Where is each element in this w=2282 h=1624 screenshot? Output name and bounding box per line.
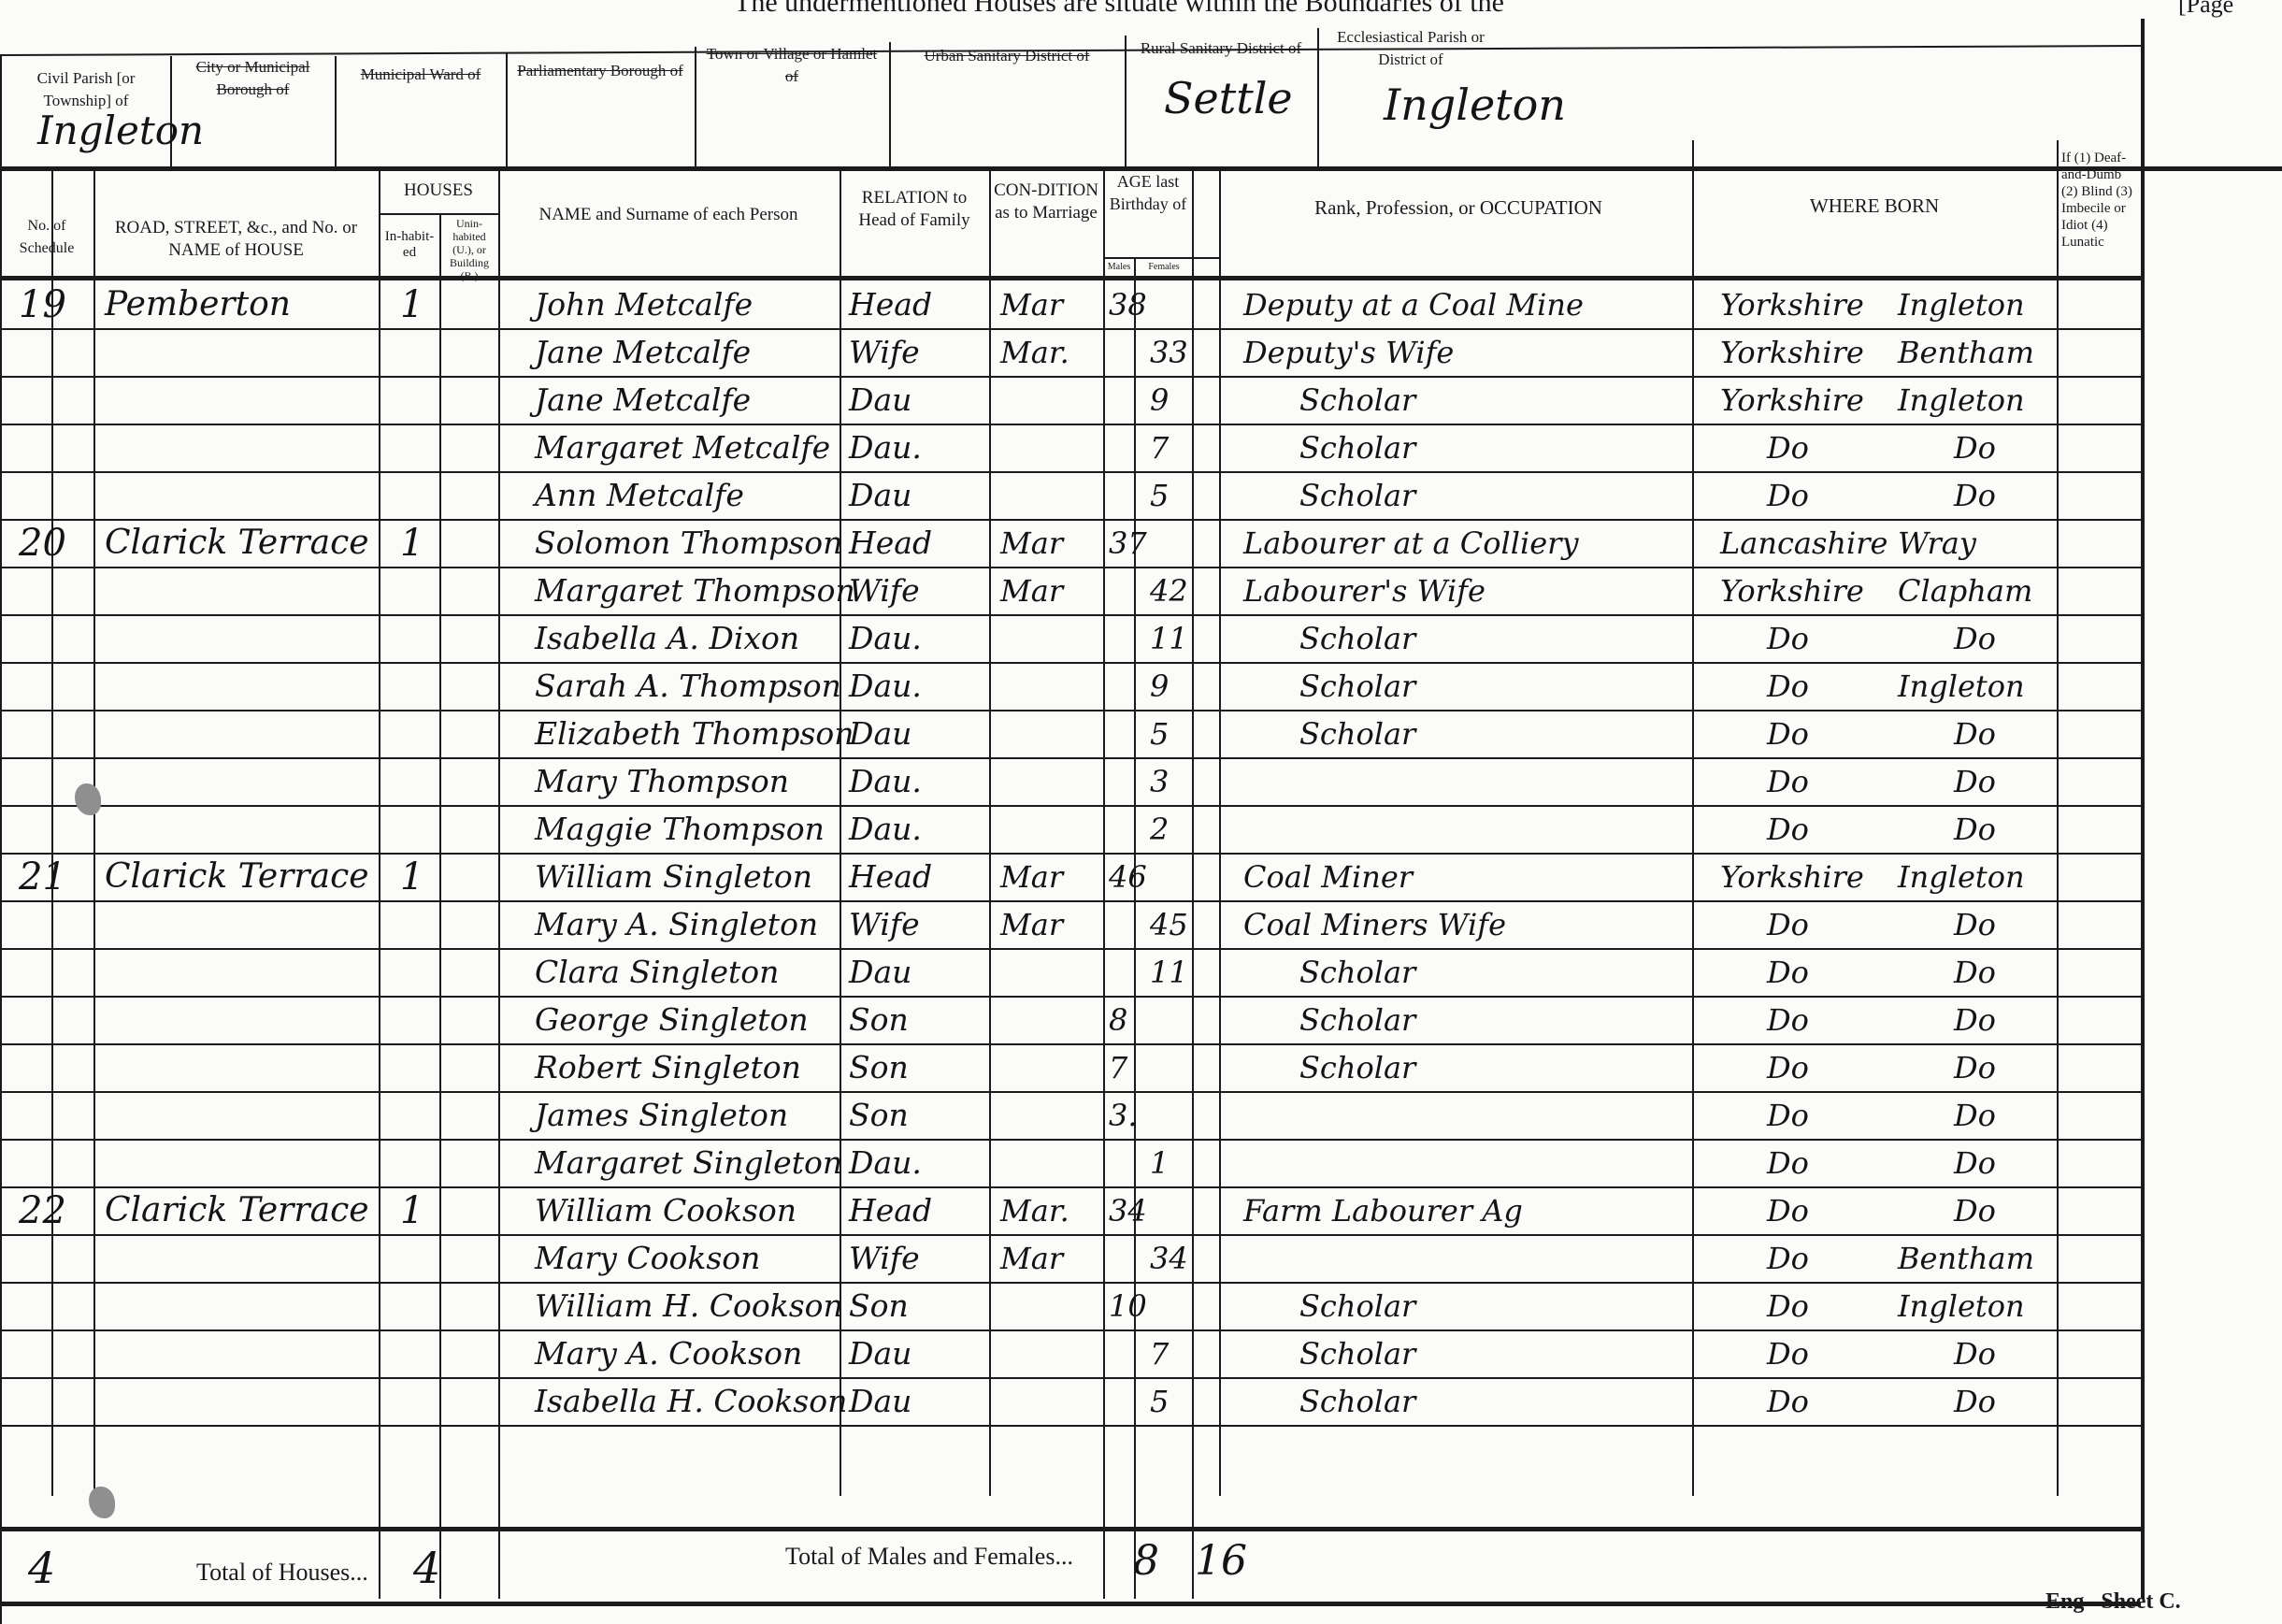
row-rule [0, 1234, 2141, 1236]
cell-born-place: Do [1954, 711, 1996, 756]
cell-born-place: Do [1954, 950, 1996, 995]
cell-born-county: Do [1767, 950, 1809, 995]
cell-name: Margaret Singleton [535, 1141, 842, 1186]
cell-born-county: Yorkshire [1720, 568, 1864, 613]
cell-occupation: Scholar [1299, 473, 1415, 518]
cell-condition: Mar [1000, 568, 1063, 613]
cell-female-age: 5 [1150, 473, 1169, 518]
cell-name: George Singleton [535, 998, 809, 1042]
cell-name: Mary Thompson [535, 759, 789, 804]
cell-name: Elizabeth Thompson [535, 711, 854, 756]
cell-relation: Head [849, 1188, 932, 1233]
cell-relation: Dau. [849, 807, 922, 852]
row-rule [0, 948, 2141, 950]
cell-name: John Metcalfe [535, 282, 753, 327]
cell-male-age: 3. [1109, 1093, 1138, 1138]
cell-road: Clarick Terrace [105, 521, 369, 566]
cell-schedule: 19 [19, 282, 66, 327]
cell-schedule: 21 [19, 855, 66, 899]
cell-condition: Mar [1000, 1236, 1063, 1281]
cell-male-age: 46 [1109, 855, 1147, 899]
total-persons-label: Total of Males and Females... [785, 1543, 1073, 1571]
sheet-label: Eng– Sheet C. [2045, 1589, 2181, 1615]
cell-male-age: 38 [1109, 282, 1147, 327]
cell-born-place: Do [1954, 473, 1996, 518]
cell-born-county: Do [1767, 473, 1809, 518]
cell-relation: Wife [849, 902, 920, 947]
cell-female-age: 7 [1150, 1331, 1169, 1376]
urban-sanitary-label: Urban Sanitary District of [894, 45, 1120, 67]
cell-name: Margaret Metcalfe [535, 425, 830, 470]
rural-sanitary-label: Rural Sanitary District of [1129, 37, 1313, 60]
cell-relation: Wife [849, 1236, 920, 1281]
cell-name: Robert Singleton [535, 1045, 801, 1090]
cell-name: Solomon Thompson [535, 521, 842, 566]
cell-condition: Mar [1000, 902, 1063, 947]
cell-relation: Dau [849, 473, 911, 518]
total-houses-value: 4 [413, 1543, 440, 1593]
ink-blot [75, 783, 101, 815]
cell-occupation: Scholar [1299, 711, 1415, 756]
cell-male-age: 37 [1109, 521, 1147, 566]
cell-born-place: Ingleton [1898, 282, 2025, 327]
row-rule [0, 662, 2141, 664]
cell-name: William Cookson [535, 1188, 797, 1233]
cell-occupation: Scholar [1299, 1284, 1415, 1329]
cell-born-place: Do [1954, 807, 1996, 852]
cell-relation: Wife [849, 568, 920, 613]
page-title: The undermentioned Houses are situate wi… [734, 0, 1504, 19]
cell-name: Margaret Thompson [535, 568, 855, 613]
cell-born-county: Do [1767, 1141, 1809, 1186]
row-rule [0, 1139, 2141, 1141]
cell-name: Mary A. Singleton [535, 902, 818, 947]
cell-inhabited: 1 [400, 521, 423, 566]
cell-born-place: Do [1954, 425, 1996, 470]
ecclesiastical-parish-label: Ecclesiastical Parish or District of [1322, 26, 1500, 71]
cell-relation: Dau [849, 1379, 911, 1424]
cell-female-age: 5 [1150, 1379, 1169, 1424]
cell-born-county: Do [1767, 1045, 1809, 1090]
cell-relation: Head [849, 521, 932, 566]
cell-relation: Dau [849, 1331, 911, 1376]
row-rule [0, 614, 2141, 616]
cell-name: Jane Metcalfe [535, 330, 751, 375]
cell-relation: Dau [849, 711, 911, 756]
col-occupation: Rank, Profession, or OCCUPATION [1225, 196, 1692, 219]
col-houses: HOUSES [379, 180, 498, 202]
cell-name: Maggie Thompson [535, 807, 825, 852]
cell-born-place: Ingleton [1898, 664, 2025, 709]
cell-born-place: Do [1954, 759, 1996, 804]
cell-inhabited: 1 [400, 1188, 423, 1233]
cell-occupation: Scholar [1299, 998, 1415, 1042]
cell-born-county: Do [1767, 807, 1809, 852]
cell-name: Mary A. Cookson [535, 1331, 802, 1376]
cell-relation: Dau. [849, 664, 922, 709]
cell-name: William Singleton [535, 855, 812, 899]
cell-born-county: Do [1767, 1093, 1809, 1138]
cell-relation: Son [849, 1045, 909, 1090]
cell-schedule: 22 [19, 1188, 66, 1233]
cell-born-place: Do [1954, 1141, 1996, 1186]
cell-road: Pemberton [105, 282, 291, 327]
cell-female-age: 34 [1150, 1236, 1188, 1281]
cell-born-county: Do [1767, 1379, 1809, 1424]
cell-name: William H. Cookson [535, 1284, 843, 1329]
civil-parish-label: Civil Parish [or Township] of [4, 67, 168, 112]
cell-female-age: 5 [1150, 711, 1169, 756]
cell-relation: Dau. [849, 759, 922, 804]
cell-relation: Dau. [849, 1141, 922, 1186]
cell-male-age: 7 [1109, 1045, 1127, 1090]
cell-born-county: Do [1767, 425, 1809, 470]
ink-blot [89, 1487, 115, 1518]
col-females: Females [1136, 262, 1192, 273]
municipal-ward-label: Municipal Ward of [340, 64, 501, 86]
row-rule [0, 710, 2141, 711]
cell-condition: Mar. [1000, 330, 1069, 375]
cell-female-age: 42 [1150, 568, 1188, 613]
cell-born-place: Wray [1898, 521, 1976, 566]
cell-born-place: Ingleton [1898, 1284, 2025, 1329]
cell-relation: Head [849, 282, 932, 327]
cell-born-county: Do [1767, 1236, 1809, 1281]
cell-occupation: Scholar [1299, 616, 1415, 661]
cell-relation: Dau [849, 950, 911, 995]
cell-born-county: Do [1767, 902, 1809, 947]
cell-relation: Son [849, 998, 909, 1042]
row-rule [0, 1091, 2141, 1093]
row-rule [0, 1377, 2141, 1379]
cell-born-place: Do [1954, 1045, 1996, 1090]
cell-occupation: Scholar [1299, 664, 1415, 709]
cell-occupation: Deputy at a Coal Mine [1243, 282, 1584, 327]
cell-relation: Dau [849, 378, 911, 423]
col-age: AGE last Birthday of [1105, 170, 1191, 215]
cell-born-county: Do [1767, 664, 1809, 709]
cell-condition: Mar [1000, 521, 1063, 566]
cell-condition: Mar [1000, 855, 1063, 899]
cell-female-age: 2 [1150, 807, 1169, 852]
cell-born-county: Lancashire [1720, 521, 1887, 566]
cell-born-county: Do [1767, 711, 1809, 756]
col-where-born: WHERE BORN [1692, 194, 2057, 217]
ecclesiastical-parish-value: Ingleton [1384, 79, 1566, 130]
cell-occupation: Coal Miner [1243, 855, 1413, 899]
row-rule [0, 757, 2141, 759]
town-village-label: Town or Village or Hamlet of [699, 43, 884, 88]
row-rule [0, 424, 2141, 425]
rural-sanitary-value: Settle [1164, 73, 1293, 123]
col-infirmity: If (1) Deaf-and-Dumb (2) Blind (3) Imbec… [2061, 150, 2141, 251]
cell-occupation: Labourer's Wife [1243, 568, 1485, 613]
row-rule [0, 1043, 2141, 1045]
row-rule [0, 1425, 2141, 1427]
row-rule [0, 1329, 2141, 1331]
cell-occupation: Deputy's Wife [1243, 330, 1454, 375]
cell-female-age: 11 [1150, 616, 1188, 661]
cell-born-county: Do [1767, 1188, 1809, 1233]
cell-male-age: 8 [1109, 998, 1127, 1042]
cell-born-county: Yorkshire [1720, 330, 1864, 375]
cell-occupation: Farm Labourer Ag [1243, 1188, 1523, 1233]
col-schedule: No. of Schedule [0, 215, 93, 260]
cell-female-age: 9 [1150, 378, 1169, 423]
total-males: 8 [1133, 1537, 1159, 1585]
cell-occupation: Scholar [1299, 1045, 1415, 1090]
cell-occupation: Scholar [1299, 950, 1415, 995]
cell-born-county: Do [1767, 998, 1809, 1042]
cell-female-age: 45 [1150, 902, 1188, 947]
cell-born-county: Do [1767, 1331, 1809, 1376]
cell-schedule: 20 [19, 521, 66, 566]
cell-born-place: Do [1954, 1188, 1996, 1233]
cell-name: Sarah A. Thompson [535, 664, 841, 709]
cell-born-place: Clapham [1898, 568, 2032, 613]
cell-female-age: 3 [1150, 759, 1169, 804]
cell-born-county: Do [1767, 1284, 1809, 1329]
cell-born-place: Do [1954, 1093, 1996, 1138]
cell-occupation: Coal Miners Wife [1243, 902, 1506, 947]
cell-name: Isabella H. Cookson [535, 1379, 847, 1424]
cell-condition: Mar. [1000, 1188, 1069, 1233]
cell-female-age: 11 [1150, 950, 1188, 995]
cell-relation: Dau. [849, 616, 922, 661]
col-inhabited: In-habit-ed [381, 229, 438, 261]
cell-born-county: Yorkshire [1720, 855, 1864, 899]
cell-name: Mary Cookson [535, 1236, 760, 1281]
cell-born-county: Do [1767, 616, 1809, 661]
cell-born-place: Bentham [1898, 1236, 2034, 1281]
cell-name: Ann Metcalfe [535, 473, 744, 518]
cell-relation: Son [849, 1093, 909, 1138]
col-condition: CON-DITION as to Marriage [991, 180, 1101, 224]
cell-name: Isabella A. Dixon [535, 616, 799, 661]
cell-female-age: 1 [1150, 1141, 1169, 1186]
cell-occupation: Scholar [1299, 1331, 1415, 1376]
row-rule [0, 996, 2141, 998]
cell-female-age: 7 [1150, 425, 1169, 470]
cell-relation: Son [849, 1284, 909, 1329]
municipal-borough-label: City or Municipal Borough of [176, 56, 330, 101]
cell-relation: Dau. [849, 425, 922, 470]
cell-name: James Singleton [535, 1093, 788, 1138]
cell-relation: Head [849, 855, 932, 899]
page-number-label: [Page [2178, 0, 2233, 19]
cell-occupation: Scholar [1299, 425, 1415, 470]
col-road: ROAD, STREET, &c., and No. or NAME of HO… [93, 217, 379, 262]
col-males: Males [1105, 262, 1133, 273]
cell-born-place: Do [1954, 1379, 1996, 1424]
cell-road: Clarick Terrace [105, 855, 369, 899]
cell-born-county: Yorkshire [1720, 282, 1864, 327]
cell-male-age: 34 [1109, 1188, 1147, 1233]
row-rule [0, 805, 2141, 807]
cell-occupation: Scholar [1299, 1379, 1415, 1424]
col-name: NAME and Surname of each Person [514, 204, 823, 226]
row-rule [0, 900, 2141, 902]
cell-born-place: Bentham [1898, 330, 2034, 375]
col-uninhabited: Unin-habited (U.), or Building (B.) [441, 217, 497, 282]
cell-born-place: Do [1954, 998, 1996, 1042]
cell-road: Clarick Terrace [105, 1188, 369, 1233]
cell-born-place: Ingleton [1898, 378, 2025, 423]
cell-inhabited: 1 [400, 855, 423, 899]
total-schedules: 4 [28, 1543, 55, 1593]
cell-name: Clara Singleton [535, 950, 779, 995]
cell-female-age: 9 [1150, 664, 1169, 709]
col-relation: RELATION to Head of Family [841, 187, 987, 232]
cell-occupation: Scholar [1299, 378, 1415, 423]
cell-born-place: Do [1954, 616, 1996, 661]
parliamentary-borough-label: Parliamentary Borough of [510, 60, 690, 82]
cell-female-age: 33 [1150, 330, 1188, 375]
cell-relation: Wife [849, 330, 920, 375]
cell-born-place: Do [1954, 1331, 1996, 1376]
cell-name: Jane Metcalfe [535, 378, 751, 423]
cell-condition: Mar [1000, 282, 1063, 327]
total-females: 16 [1195, 1537, 1247, 1585]
cell-born-county: Do [1767, 759, 1809, 804]
cell-born-county: Yorkshire [1720, 378, 1864, 423]
cell-inhabited: 1 [400, 282, 423, 327]
cell-male-age: 10 [1109, 1284, 1147, 1329]
row-rule [0, 1282, 2141, 1284]
cell-occupation: Labourer at a Colliery [1243, 521, 1579, 566]
row-rule [0, 471, 2141, 473]
total-houses-label: Total of Houses... [196, 1559, 368, 1587]
cell-born-place: Do [1954, 902, 1996, 947]
civil-parish-value: Ingleton [37, 108, 204, 153]
cell-born-place: Ingleton [1898, 855, 2025, 899]
